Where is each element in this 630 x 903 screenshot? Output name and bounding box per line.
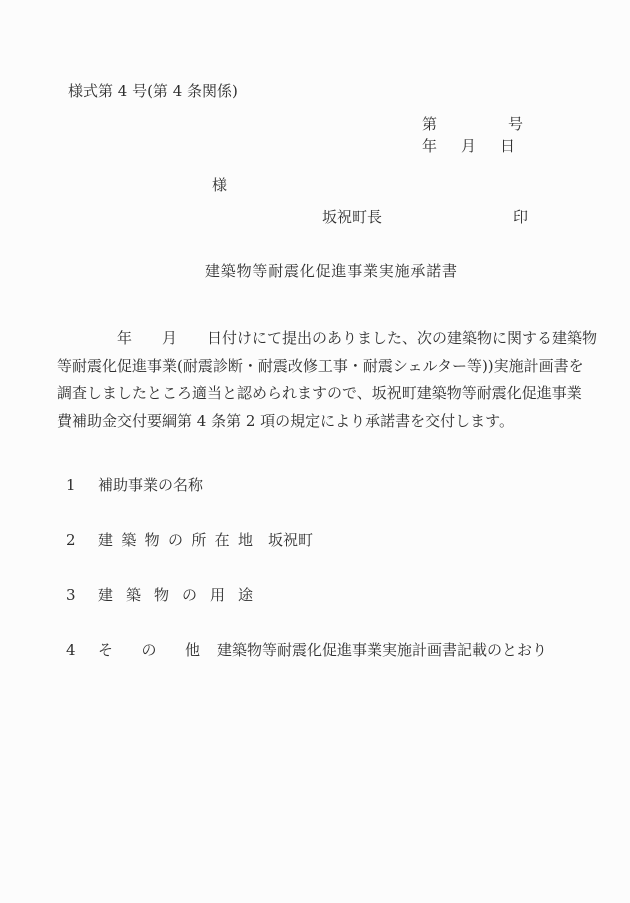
item-3-number: 3	[66, 585, 76, 605]
doc-number-suffix: 号	[508, 114, 523, 134]
list-item-other: 4 その他 建築物等耐震化促進事業実施計画書記載のとおり	[0, 640, 630, 660]
issuer-name: 坂祝町長	[322, 207, 382, 227]
item-2-value: 坂祝町	[268, 530, 313, 550]
list-item-project-name: 1 補助事業の名称	[0, 475, 630, 495]
item-4-label: その他	[98, 640, 200, 660]
item-2-number: 2	[66, 530, 76, 550]
recipient-honorific: 様	[212, 175, 227, 195]
item-2-label: 建築物の所在地	[98, 530, 253, 550]
list-item-building-use: 3 建築物の用途	[0, 585, 630, 605]
item-1-label: 補助事業の名称	[98, 475, 203, 495]
item-4-value: 建築物等耐震化促進事業実施計画書記載のとおり	[217, 640, 547, 660]
body-line-3: 調査しましたところ適当と認められますので、坂祝町建築物等耐震化促進事業	[57, 380, 572, 408]
body-line-2: 等耐震化促進事業(耐震診断・耐震改修工事・耐震シェルター等))実施計画書を	[57, 353, 572, 381]
list-item-building-location: 2 建築物の所在地 坂祝町	[0, 530, 630, 550]
document-title: 建築物等耐震化促進事業実施承諾書	[205, 261, 458, 281]
body-line-1: 年 月 日付けにて提出のありました、次の建築物に関する建築物	[57, 325, 572, 353]
date-month-label: 月	[461, 136, 476, 156]
form-number: 様式第 4 号(第 4 条関係)	[68, 81, 238, 101]
doc-number-line: 第 号	[422, 114, 523, 134]
date-line: 年 月 日	[422, 136, 515, 156]
date-day-label: 日	[500, 136, 515, 156]
body-paragraph: 年 月 日付けにて提出のありました、次の建築物に関する建築物 等耐震化促進事業(…	[57, 325, 572, 435]
item-1-number: 1	[66, 475, 76, 495]
item-4-number: 4	[66, 640, 76, 660]
seal-placeholder: 印	[513, 207, 528, 227]
document-page: 様式第 4 号(第 4 条関係) 第 号 年 月 日 様 坂祝町長 印 建築物等…	[0, 0, 630, 903]
date-year-label: 年	[422, 136, 437, 156]
body-line-4: 費補助金交付要綱第 4 条第 2 項の規定により承諾書を交付します。	[57, 408, 572, 436]
doc-number-prefix: 第	[422, 114, 437, 134]
item-3-label: 建築物の用途	[98, 585, 253, 605]
